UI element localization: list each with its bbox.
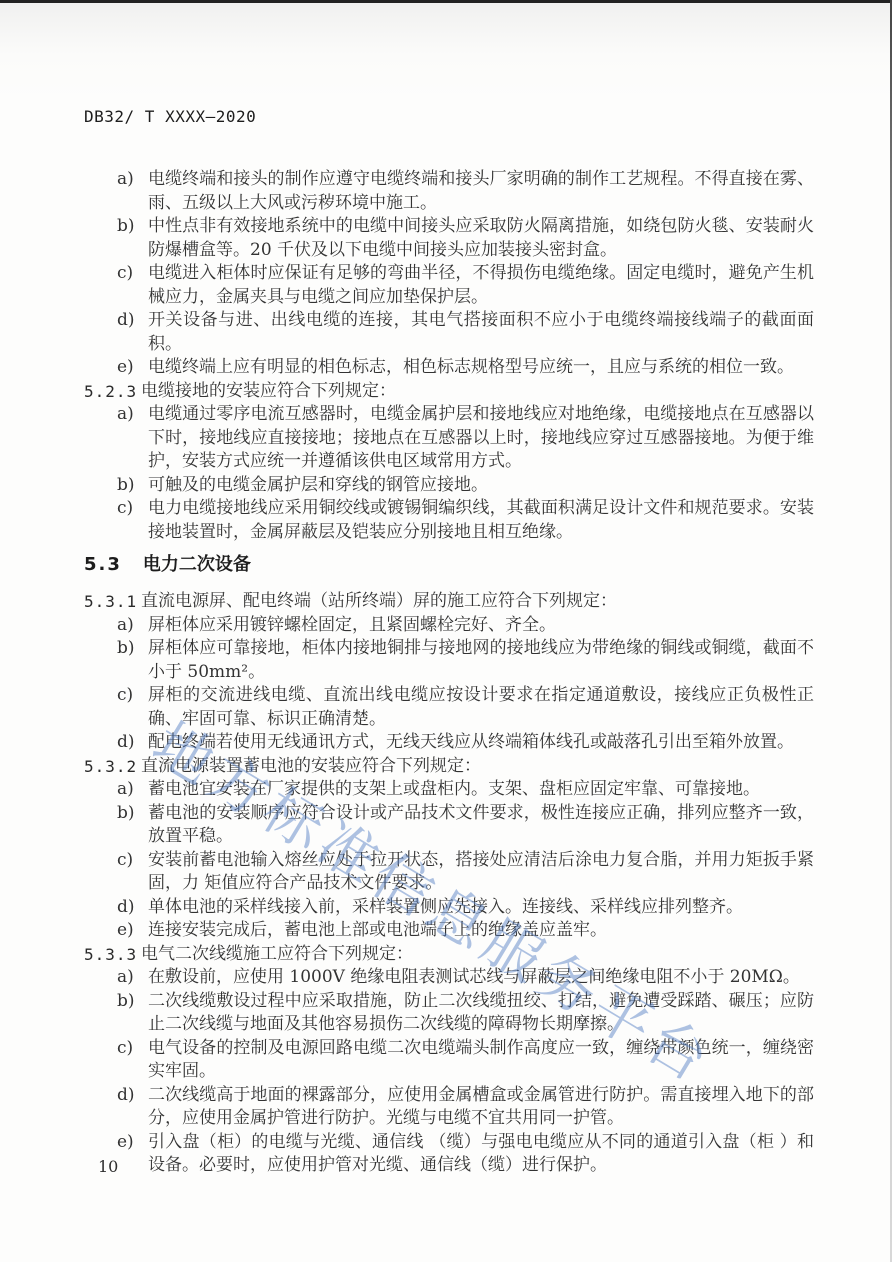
list-item: c)安装前蓄电池输入熔丝应处于拉开状态，搭接处应清洁后涂电力复合脂，并用力矩扳手… [84, 849, 814, 896]
list-item: a)屏柜体应采用镀锌螺栓固定，且紧固螺栓完好、齐全。 [84, 614, 814, 638]
list-item: b)中性点非有效接地系统中的电缆中间接头应采取防火隔离措施，如绕包防火毯、安装耐… [84, 215, 814, 262]
list-item: a)在敷设前，应使用 1000V 绝缘电阻表测试芯线与屏蔽层之间绝缘电阻不小于 … [84, 966, 814, 990]
item-text: 引入盘（柜）的电缆与光缆、通信线 （缆）与强电电缆应从不同的通道引入盘（柜 ）和… [148, 1132, 814, 1176]
clause-number: 5.3.3 [84, 943, 137, 967]
item-text: 配电终端若使用无线通讯方式，无线天线应从终端箱体线孔或敲落孔引出至箱外放置。 [148, 732, 794, 752]
item-label: c) [117, 684, 133, 708]
clause-heading: 5.2.3电缆接地的安装应符合下列规定： [84, 380, 814, 404]
list-item: b)可触及的电缆金属护层和穿线的钢管应接地。 [84, 474, 814, 498]
clause-title: 电缆接地的安装应符合下列规定： [141, 381, 396, 401]
document-page: 地方标准信息服务平台 DB32/ T XXXX—2020 a)电缆终端和接头的制… [0, 0, 892, 1262]
item-text: 连接安装完成后，蓄电池上部或电池端子上的绝缘盖应盖牢。 [148, 920, 607, 940]
list-item: a)电缆通过零序电流互感器时，电缆金属护层和接地线应对地绝缘，电缆接地点在互感器… [84, 403, 814, 474]
item-label: b) [117, 990, 135, 1014]
clause-title: 直流电源屏、配电终端（站所终端）屏的施工应符合下列规定： [141, 591, 617, 611]
item-text: 蓄电池的安装顺序应符合设计或产品技术文件要求，极性连接应正确，排列应整齐一致，放… [148, 803, 814, 847]
item-text: 屏柜的交流进线电缆、直流出线电缆应按设计要求在指定通道敷设，接线应正负极性正确、… [148, 685, 814, 729]
item-text: 电缆通过零序电流互感器时，电缆金属护层和接地线应对地绝缘，电缆接地点在互感器以下… [148, 404, 814, 471]
section-heading: 5.3电力二次设备 [84, 552, 814, 578]
item-text: 安装前蓄电池输入熔丝应处于拉开状态，搭接处应清洁后涂电力复合脂，并用力矩扳手紧固… [148, 850, 814, 894]
item-text: 蓄电池宜安装在厂家提供的支架上或盘柜内。支架、盘柜应固定牢靠、可靠接地。 [148, 779, 760, 799]
document-body: a)电缆终端和接头的制作应遵守电缆终端和接头厂家明确的制作工艺规程。不得直接在雾… [84, 168, 814, 1178]
item-label: a) [117, 168, 134, 192]
item-label: a) [117, 614, 134, 638]
section-title: 电力二次设备 [143, 554, 251, 575]
item-text: 可触及的电缆金属护层和穿线的钢管应接地。 [148, 475, 488, 495]
clause-number: 5.3.1 [84, 590, 137, 614]
list-item: e)电缆终端上应有明显的相色标志，相色标志规格型号应统一，且应与系统的相位一致。 [84, 356, 814, 380]
item-text: 中性点非有效接地系统中的电缆中间接头应采取防火隔离措施，如绕包防火毯、安装耐火防… [148, 216, 814, 260]
item-text: 电缆终端和接头的制作应遵守电缆终端和接头厂家明确的制作工艺规程。不得直接在雾、雨… [148, 169, 814, 213]
item-label: d) [117, 731, 135, 755]
item-label: e) [117, 1131, 134, 1155]
item-label: c) [117, 849, 133, 873]
list-item: c)电缆进入柜体时应保证有足够的弯曲半径，不得损伤电缆绝缘。固定电缆时，避免产生… [84, 262, 814, 309]
item-label: c) [117, 1037, 133, 1061]
list-item: c)电气设备的控制及电源回路电缆二次电缆端头制作高度应一致，缠绕带颜色统一，缠绕… [84, 1037, 814, 1084]
item-text: 屏柜体应可靠接地，柜体内接地铜排与接地网的接地线应为带绝缘的铜线或铜缆，截面不小… [148, 638, 814, 682]
list-item: e)连接安装完成后，蓄电池上部或电池端子上的绝缘盖应盖牢。 [84, 919, 814, 943]
clause-heading: 5.3.1直流电源屏、配电终端（站所终端）屏的施工应符合下列规定： [84, 590, 814, 614]
item-label: e) [117, 919, 134, 943]
list-item: b)屏柜体应可靠接地，柜体内接地铜排与接地网的接地线应为带绝缘的铜线或铜缆，截面… [84, 637, 814, 684]
item-text: 在敷设前，应使用 1000V 绝缘电阻表测试芯线与屏蔽层之间绝缘电阻不小于 20… [148, 967, 800, 987]
list-item: d)单体电池的采样线接入前，采样装置侧应先接入。连接线、采样线应排列整齐。 [84, 896, 814, 920]
item-label: c) [117, 497, 133, 521]
item-label: e) [117, 356, 134, 380]
clause-title: 电气二次线缆施工应符合下列规定： [141, 944, 413, 964]
scan-top-edge [0, 0, 892, 3]
item-text: 电力电缆接地线应采用铜绞线或镀锡铜编织线，其截面积满足设计文件和规范要求。安装接… [148, 498, 814, 542]
item-label: a) [117, 966, 134, 990]
list-item: b)二次线缆敷设过程中应采取措施，防止二次线缆扭绞、打结，避免遭受踩踏、碾压；应… [84, 990, 814, 1037]
item-text: 二次线缆敷设过程中应采取措施，防止二次线缆扭绞、打结，避免遭受踩踏、碾压；应防止… [148, 991, 814, 1035]
list-item: c)电力电缆接地线应采用铜绞线或镀锡铜编织线，其截面积满足设计文件和规范要求。安… [84, 497, 814, 544]
list-item: d)开关设备与进、出线电缆的连接，其电气搭接面积不应小于电缆终端接线端子的截面面… [84, 309, 814, 356]
item-text: 电缆进入柜体时应保证有足够的弯曲半径，不得损伤电缆绝缘。固定电缆时，避免产生机械… [148, 263, 814, 307]
item-label: b) [117, 637, 135, 661]
list-item: d)配电终端若使用无线通讯方式，无线天线应从终端箱体线孔或敲落孔引出至箱外放置。 [84, 731, 814, 755]
clause-title: 直流电源装置蓄电池的安装应符合下列规定： [141, 756, 481, 776]
clause-number: 5.2.3 [84, 380, 137, 404]
item-label: d) [117, 896, 135, 920]
standard-code-header: DB32/ T XXXX—2020 [84, 107, 256, 126]
list-item: d)二次线缆高于地面的裸露部分，应使用金属槽盒或金属管进行防护。需直接埋入地下的… [84, 1084, 814, 1131]
item-label: c) [117, 262, 133, 286]
item-label: b) [117, 802, 135, 826]
list-item: e)引入盘（柜）的电缆与光缆、通信线 （缆）与强电电缆应从不同的通道引入盘（柜 … [84, 1131, 814, 1178]
clause-heading: 5.3.3电气二次线缆施工应符合下列规定： [84, 943, 814, 967]
item-text: 开关设备与进、出线电缆的连接，其电气搭接面积不应小于电缆终端接线端子的截面面积。 [148, 310, 814, 354]
item-text: 二次线缆高于地面的裸露部分，应使用金属槽盒或金属管进行防护。需直接埋入地下的部分… [148, 1085, 814, 1129]
item-label: d) [117, 309, 135, 333]
item-label: a) [117, 778, 134, 802]
list-item: b)蓄电池的安装顺序应符合设计或产品技术文件要求，极性连接应正确，排列应整齐一致… [84, 802, 814, 849]
item-text: 电气设备的控制及电源回路电缆二次电缆端头制作高度应一致，缠绕带颜色统一，缠绕密实… [148, 1038, 814, 1082]
item-text: 屏柜体应采用镀锌螺栓固定，且紧固螺栓完好、齐全。 [148, 615, 556, 635]
item-label: d) [117, 1084, 135, 1108]
clause-number: 5.3.2 [84, 755, 137, 779]
list-item: a)电缆终端和接头的制作应遵守电缆终端和接头厂家明确的制作工艺规程。不得直接在雾… [84, 168, 814, 215]
list-item: c)屏柜的交流进线电缆、直流出线电缆应按设计要求在指定通道敷设，接线应正负极性正… [84, 684, 814, 731]
item-label: b) [117, 215, 135, 239]
item-text: 电缆终端上应有明显的相色标志，相色标志规格型号应统一，且应与系统的相位一致。 [148, 357, 794, 377]
list-item: a)蓄电池宜安装在厂家提供的支架上或盘柜内。支架、盘柜应固定牢靠、可靠接地。 [84, 778, 814, 802]
item-label: a) [117, 403, 134, 427]
section-number: 5.3 [84, 554, 122, 575]
item-label: b) [117, 474, 135, 498]
clause-heading: 5.3.2直流电源装置蓄电池的安装应符合下列规定： [84, 755, 814, 779]
item-text: 单体电池的采样线接入前，采样装置侧应先接入。连接线、采样线应排列整齐。 [148, 897, 743, 917]
